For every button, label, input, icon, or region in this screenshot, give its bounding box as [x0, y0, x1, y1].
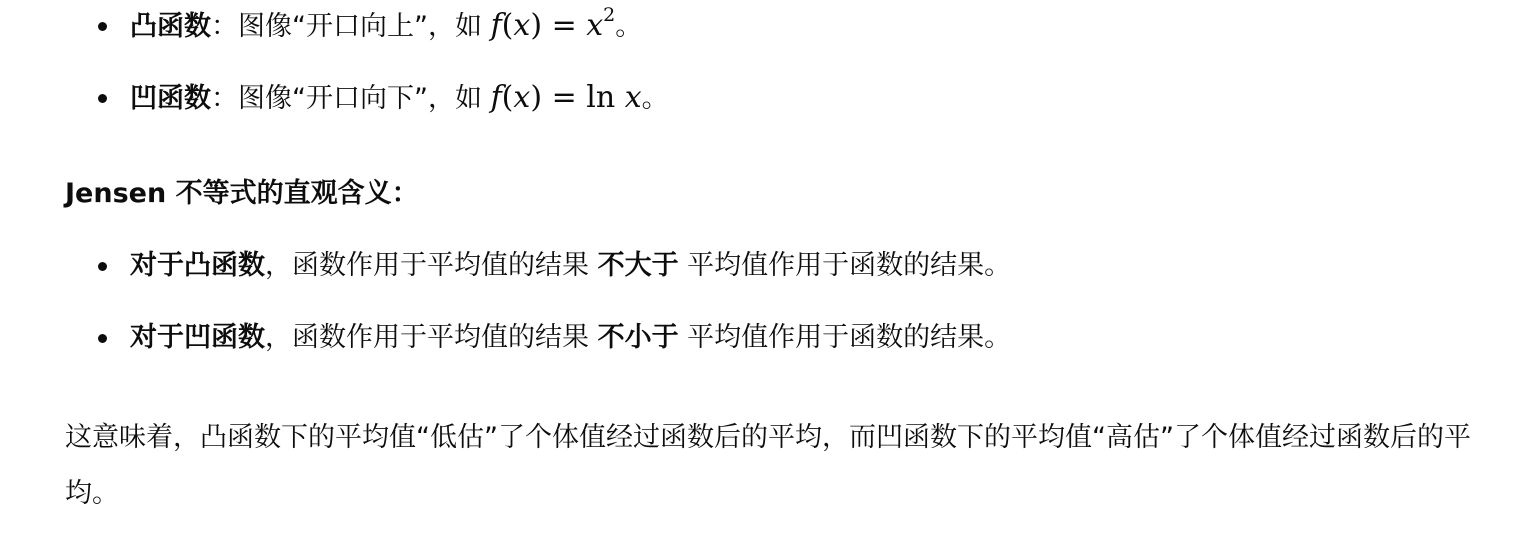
math-formula-ln-x: f(x) = ln x: [491, 80, 642, 115]
bullet-icon: [98, 334, 107, 343]
term-convex: 凸函数: [130, 11, 211, 42]
emphasis-text: 不大于: [598, 250, 679, 281]
list-item-concave-meaning: 对于凹函数，函数作用于平均值的结果 不小于 平均值作用于函数的结果。: [130, 318, 1011, 358]
bullet-icon: [98, 22, 107, 31]
bullet-icon: [98, 262, 107, 271]
period: 。: [615, 11, 642, 42]
bullet-icon: [98, 94, 107, 103]
list-item-convex-meaning: 对于凸函数，函数作用于平均值的结果 不大于 平均值作用于函数的结果。: [130, 246, 1011, 286]
description: 图像“开口向下”，如: [238, 83, 491, 114]
term-concave: 凹函数: [130, 83, 211, 114]
emphasis-text: 不小于: [598, 322, 679, 353]
colon: ：: [211, 83, 238, 114]
lead-text: 对于凸函数: [130, 250, 265, 281]
body-text: ，函数作用于平均值的结果: [265, 250, 598, 281]
section-heading: Jensen 不等式的直观含义：: [65, 174, 419, 214]
body-text: ，函数作用于平均值的结果: [265, 322, 598, 353]
colon: ：: [211, 11, 238, 42]
description: 图像“开口向上”，如: [238, 11, 491, 42]
body-text: 平均值作用于函数的结果。: [679, 250, 1012, 281]
body-text: 平均值作用于函数的结果。: [679, 322, 1012, 353]
lead-text: 对于凹函数: [130, 322, 265, 353]
math-formula-x-squared: f(x) = x2: [491, 8, 616, 43]
period: 。: [642, 83, 669, 114]
list-item-convex: 凸函数：图像“开口向上”，如 f(x) = x2。: [130, 6, 642, 47]
list-item-concave: 凹函数：图像“开口向下”，如 f(x) = ln x。: [130, 78, 669, 119]
conclusion-paragraph: 这意味着，凸函数下的平均值“低估”了个体值经过函数后的平均，而凹函数下的平均值“…: [65, 410, 1475, 522]
